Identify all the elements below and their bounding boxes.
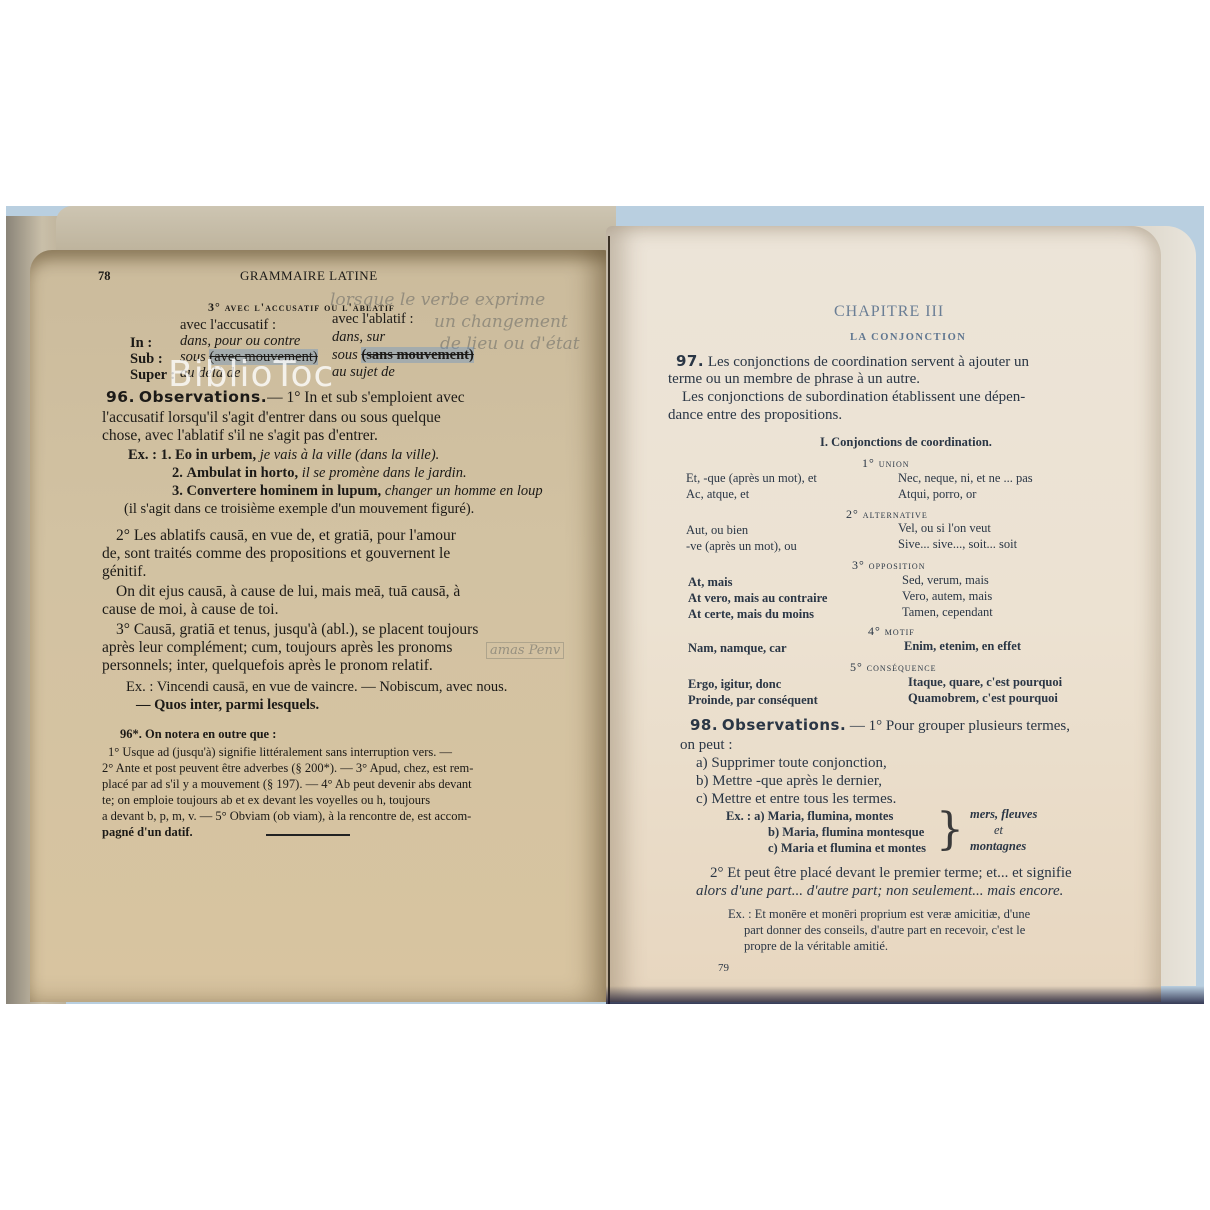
translation: montagnes [970,838,1026,854]
page-number: 78 [98,268,111,284]
left-page: 78 GRAMMAIRE LATINE 3° avec l'accusatif … [30,250,610,1002]
conj-left: Aut, ou bien [686,522,748,538]
para-text: Les conjonctions de subordination établi… [682,388,1025,407]
para-text: terme ou un membre de phrase à un autre. [668,370,920,389]
book-photo: 78 GRAMMAIRE LATINE 3° avec l'accusatif … [6,206,1204,1004]
example-line: — Quos inter, parmi lesquels. [136,696,319,715]
example-line: c) Maria et flumina et montes [768,840,926,856]
para-text: 2° Et peut être placé devant le premier … [710,864,1072,883]
conj-left: At, mais [688,574,732,590]
chapter-heading: CHAPITRE III [834,302,944,321]
translation: et [994,822,1003,838]
para-98-first-line: 98. Observations. — 1° Pour grouper plus… [690,716,1070,736]
abl-meaning: au sujet de [332,363,395,382]
abl-text: sous [332,347,361,363]
para-text: 2° Les ablatifs causā, en vue de, et gra… [116,526,456,545]
example-line: Ex. : Vincendi causā, en vue de vaincre.… [126,678,507,697]
note-line: 2° Ante et post peuvent être adverbes (§… [102,760,473,776]
conj-right: Vel, ou si l'on veut [898,520,991,536]
conj-left: Nam, namque, car [688,640,787,656]
brace-icon: } [936,808,964,852]
note-line: te; on emploie toujours ab et ex devant … [102,792,430,808]
handwritten-note: lorsque le verbe exprime [330,290,545,310]
example-label: Ex. : 1. [128,447,172,463]
option-line: a) Supprimer toute conjonction, [696,754,887,773]
para-number: 98. [690,716,718,734]
book-gutter [608,236,610,1004]
para-text: cause de moi, à cause de toi. [102,600,278,619]
example-note: (il s'agit dans ce troisième exemple d'u… [124,500,474,519]
end-rule [266,834,350,836]
conj-right: Enim, etenim, en effet [904,638,1021,654]
french-text: changer un homme en loup [381,483,542,499]
para-text: Les conjonctions de coordination servent… [704,354,1029,370]
latin-text: Eo in urbem, [175,447,256,463]
abl-meaning: dans, sur [332,328,385,347]
para-text: après leur complément; cum, toujours apr… [102,638,452,657]
note-line: pagné d'un datif. [102,824,193,840]
table-header-ablative: avec l'ablatif : [332,310,414,329]
french-text: je vais à la ville (dans la ville). [256,447,439,463]
para-number: 97. [676,352,704,370]
para-text: 3° Causā, gratiā et tenus, jusqu'à (abl.… [116,620,478,639]
conj-left: At certe, mais du moins [688,606,814,622]
conj-right: Quamobrem, c'est pourquoi [908,690,1058,706]
conj-left: At vero, mais au contraire [688,590,827,606]
watermark: BiblioToc [168,354,334,395]
handwritten-margin-note: amas Penv [486,642,564,659]
para-text: l'accusatif lorsqu'il s'agit d'entrer da… [102,408,441,427]
example-label: 2. [172,465,183,481]
para-text: chose, avec l'ablatif s'il ne s'agit pas… [102,426,378,445]
example-line: b) Maria, flumina montesque [768,824,924,840]
para-text: de, sont traités comme des propositions … [102,544,450,563]
example-line: 3. Convertere hominem in lupum, changer … [172,482,543,501]
conj-right: Atqui, porro, or [898,486,976,502]
conj-right: Vero, autem, mais [902,588,992,604]
example-line: Ex. : Et monēre et monēri proprium est v… [728,906,1030,922]
translation: mers, fleuves [970,806,1037,822]
latin-text: Convertere hominem in lupum, [187,483,382,499]
conj-right: Sive... sive..., soit... soit [898,536,1017,552]
conj-left: Ergo, igitur, donc [688,676,781,692]
example-line: propre de la véritable amitié. [744,938,888,954]
para-text: on peut : [680,736,733,755]
conj-left: Proinde, par conséquent [688,692,818,708]
para-text: On dit ejus causā, à cause de lui, mais … [116,582,460,601]
para-text: — 1° Pour grouper plusieurs termes, [846,718,1070,734]
para-text: personnels; inter, quelquefois après le … [102,656,433,675]
example-line: part donner des conseils, d'autre part e… [744,922,1025,938]
conj-right: Tamen, cependant [902,604,993,620]
para-title: Observations. [722,716,846,734]
note-line: a devant b, p, m, v. — 5° Obviam (ob via… [102,808,471,824]
conj-left: Et, -que (après un mot), et [686,470,817,486]
note-line: placé par ad s'il y a mouvement (§ 197).… [102,776,472,792]
conj-left: -ve (après un mot), ou [686,538,797,554]
option-line: b) Mettre -que après le dernier, [696,772,882,791]
para-97-first-line: 97. Les conjonctions de coordination ser… [676,352,1029,372]
section-title: I. Conjonctions de coordination. [820,434,992,450]
chapter-title: LA CONJONCTION [850,328,966,347]
option-line: c) Mettre et entre tous les termes. [696,790,896,809]
para-number: 96. [106,388,135,406]
page-edge-shadow [606,986,1204,1004]
french-text: il se promène dans le jardin. [298,465,466,481]
example-line: Ex. : a) Maria, flumina, montes [726,808,893,824]
running-head: GRAMMAIRE LATINE [240,266,378,285]
page-number: 79 [718,960,729,976]
example-label: 3. [172,483,183,499]
example-line: 2. Ambulat in horto, il se promène dans … [172,464,467,483]
handwritten-note: un changement [434,312,568,332]
para-text: génitif. [102,562,146,581]
struck-text: (sans mouvement) [361,347,473,363]
example-line: Ex. : 1. Eo in urbem, je vais à la ville… [128,446,439,465]
para-text: alors d'une part... d'autre part; non se… [696,882,1063,901]
latin-text: Ambulat in horto, [187,465,299,481]
para-96b-heading: 96*. On notera en outre que : [120,726,276,742]
conj-left: Ac, atque, et [686,486,749,502]
conj-right: Itaque, quare, c'est pourquoi [908,674,1062,690]
para-text: dance entre des propositions. [668,406,842,425]
conj-right: Nec, neque, ni, et ne ... pas [898,470,1033,486]
conj-right: Sed, verum, mais [902,572,989,588]
right-page: CHAPITRE III LA CONJONCTION 97. Les conj… [606,226,1161,1002]
note-line: 1° Usque ad (jusqu'à) signifie littérale… [108,744,452,760]
